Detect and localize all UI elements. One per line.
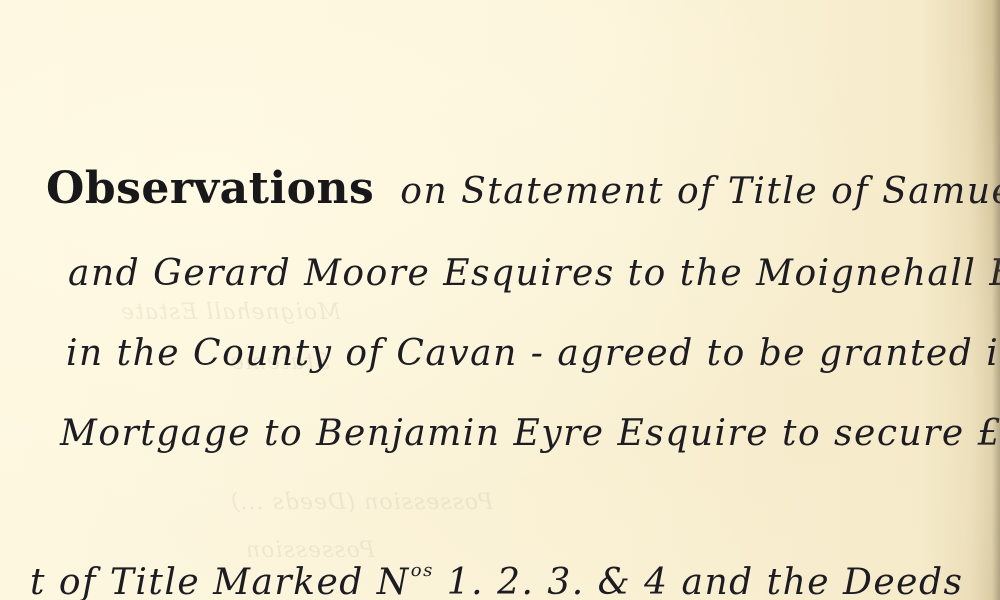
manuscript-line-5: t of Title Marked Nos 1. 2. 3. & 4 and t… (30, 560, 964, 600)
line-text: 1. 2. 3. & 4 and the Deeds (434, 562, 964, 600)
bleed-through-text: Possession (Deeds ...) (230, 490, 493, 515)
line-text: and Gerard Moore Esquires to the Moigneh… (68, 253, 1000, 294)
page-edge-shadow (992, 0, 1000, 600)
numbers-superscript: os (411, 560, 434, 581)
manuscript-page: Moignehall Estate Stateme Possession (De… (0, 0, 1000, 600)
line-text: on Statement of Title of Samuel Moore (400, 171, 1000, 212)
document-heading: Observations (46, 163, 374, 214)
line-text: Mortgage to Benjamin Eyre Esquire to sec… (60, 413, 1000, 454)
manuscript-line-4: Mortgage to Benjamin Eyre Esquire to sec… (60, 413, 1000, 454)
line-text: in the County of Cavan - agreed to be gr… (66, 333, 1000, 374)
bleed-through-text: Moignehall Estate (120, 300, 341, 325)
manuscript-line-2: and Gerard Moore Esquires to the Moigneh… (68, 253, 1000, 294)
manuscript-line-1: Observationson Statement of Title of Sam… (46, 163, 1000, 214)
line-text: t of Title Marked N (30, 562, 410, 600)
manuscript-line-3: in the County of Cavan - agreed to be gr… (66, 333, 1000, 374)
